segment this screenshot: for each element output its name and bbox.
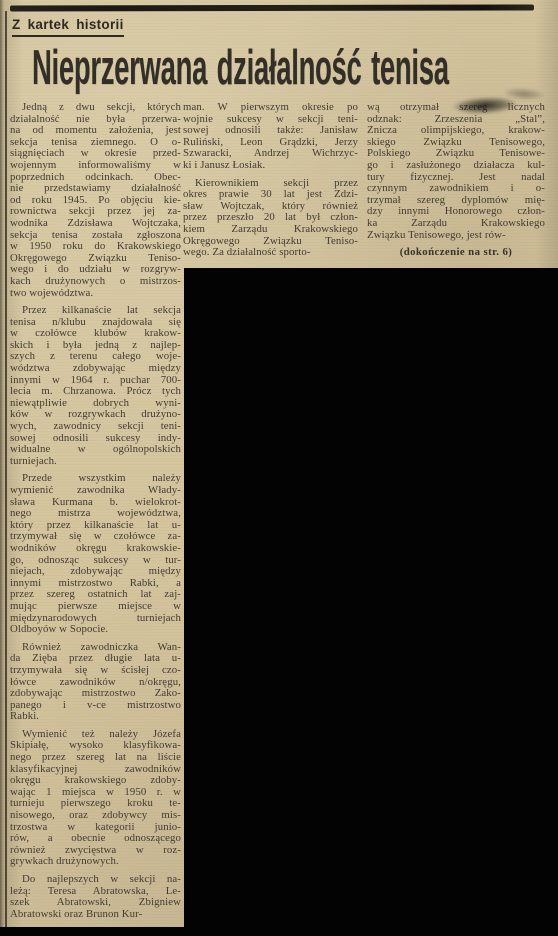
text-line: w 1950 roku do Krakowskiego: [10, 241, 181, 253]
text-line: Wymienić też należy Józefa: [10, 729, 181, 741]
text-line: go, odnosząc sukcesy w tur-: [10, 555, 181, 567]
text-line: Okręgowego Związku Teniso-: [10, 253, 181, 265]
section-kicker: Z kartek historii: [12, 17, 124, 37]
text-line: odznak: Zrzeszenia „Stal”,: [367, 114, 545, 126]
left-column-rule: [5, 11, 7, 928]
text-line: nisowego, oraz zdobywcy mis-: [10, 810, 181, 822]
text-line: Przez kilkanaście lat sekcja: [10, 305, 181, 317]
text-line: innymi w 1964 r. puchar 700-: [10, 375, 181, 387]
text-line: innymi mistrzostwo Rabki, a: [10, 578, 181, 590]
text-line: Kierownikiem sekcji przez: [183, 178, 358, 190]
text-line: trzymywał się w czołówce za-: [10, 531, 181, 543]
text-line: sław Wojtczak, który również: [183, 201, 358, 213]
text-line: który przez kilkanaście lat u-: [10, 520, 181, 532]
text-line: trzymywała się w ścisłej czo-: [10, 665, 181, 677]
text-line: nie przedstawiamy działalność: [10, 183, 181, 195]
text-line: ka Zarządu Krakowskiego: [367, 218, 545, 230]
text-line: ki i Janusz Łosiak.: [183, 160, 358, 172]
text-line: okres prawie 30 lat jest Zdzi-: [183, 189, 358, 201]
text-line: turniejach.: [10, 456, 181, 468]
text-line: przez szereg ostatnich lat zaj-: [10, 589, 181, 601]
text-line: poprzednich odcinkach. Obec-: [10, 172, 181, 184]
left-edge-shadow: [0, 0, 4, 936]
text-line: mując pierwsze miejsce w: [10, 601, 181, 613]
text-line: Rabki.: [10, 711, 181, 723]
text-line: sowej odnosili sukcesy indy-: [10, 433, 181, 445]
text-line: rownictwa sekcji przez jej za-: [10, 206, 181, 218]
article-headline: Nieprzerwana działalność tenisa: [32, 44, 449, 93]
text-line: łówce zawodników n/okręgu,: [10, 677, 181, 689]
text-line: Związku Tenisowego, jest rów-: [367, 230, 545, 242]
text-line: Znicza olimpijskiego, krakow-: [367, 125, 545, 137]
text-line: sowej odnosili także: Janisław: [183, 125, 358, 137]
text-line: ków w rozgrywkach drużyno-: [10, 409, 181, 421]
paragraph: Kierownikiem sekcji przezokres prawie 30…: [183, 178, 358, 259]
paragraph: Przede wszystkim należywymienić zawodnik…: [10, 473, 181, 635]
text-line: wojennym informowaliśmy w: [10, 160, 181, 172]
text-line: Ruliński, Leon Grądzki, Jerzy: [183, 137, 358, 149]
text-line: skiego Związku Tenisowego,: [367, 137, 545, 149]
text-line: nego mistrza województwa,: [10, 508, 181, 520]
text-line: wając 1 miejsca w 1950 r. w: [10, 787, 181, 799]
text-line: wodnika Zdzisława Wojtczaka,: [10, 218, 181, 230]
paragraph: Wymienić też należy JózefaSkipiałę, wyso…: [10, 729, 181, 868]
top-rule: [10, 4, 534, 11]
text-line: Do najlepszych w sekcji na-: [10, 874, 181, 886]
blackout-bottom-strip: [0, 927, 558, 936]
newspaper-clipping: Z kartek historii Nieprzerwana działalno…: [0, 0, 558, 936]
text-line: dzy innymi Honorowego człon-: [367, 206, 545, 218]
text-line: Jedną z dwu sekcji, których: [10, 102, 181, 114]
paragraph: man. W pierwszym okresie powojnie sukces…: [183, 102, 358, 172]
text-line: grywkach drużynowych.: [10, 856, 181, 868]
text-line: międzynarodowych turniejach: [10, 613, 181, 625]
text-line: kach drużynowych o mistrzos-: [10, 276, 181, 288]
text-line: od roku 1945. Po objęciu kie-: [10, 195, 181, 207]
text-line: Skipiałę, wysoko klasyfikowa-: [10, 740, 181, 752]
text-line: wództwa zdobywając między: [10, 363, 181, 375]
text-line: tury fizycznej. Jest nadal: [367, 172, 545, 184]
paragraph: (dokończenie na str. 6): [367, 247, 545, 259]
text-line: da Zięba przez długie lata u-: [10, 653, 181, 665]
text-line: leżą: Teresa Abratowska, Le-: [10, 886, 181, 898]
text-line: niewątpliwie dobrych wyni-: [10, 398, 181, 410]
text-line: Okręgowego Związku Teniso-: [183, 236, 358, 248]
text-line: man. W pierwszym okresie po: [183, 102, 358, 114]
text-line: two województwa.: [10, 288, 181, 300]
text-line: trzymał szereg dyplomów mię-: [367, 195, 545, 207]
text-line: wego i do udziału w rozgryw-: [10, 264, 181, 276]
text-line: (dokończenie na str. 6): [367, 247, 545, 259]
text-line: zdobywając mistrzostwo Zako-: [10, 688, 181, 700]
text-line: wojnie sukcesy w sekcji teni-: [183, 114, 358, 126]
text-line: szek Abratowski, Zbigniew: [10, 897, 181, 909]
text-line: Oldboyów w Sopocie.: [10, 624, 181, 636]
text-line: działalność nie była przerwa-: [10, 114, 181, 126]
text-line: trzostwa w kategorii junio-: [10, 822, 181, 834]
text-line: wodników okręgu krakowskie-: [10, 543, 181, 555]
text-line: klasyfikacyjnej zawodników: [10, 764, 181, 776]
text-line: nego przez szereg lat na liście: [10, 752, 181, 764]
text-line: niejach, zdobywając między: [10, 566, 181, 578]
text-line: kiem Zarządu Krakowskiego: [183, 224, 358, 236]
paragraph: Przez kilkanaście lat sekcjatenisa n/klu…: [10, 305, 181, 467]
text-line: wych, zawodnicy sekcji teni-: [10, 421, 181, 433]
text-line: siągnięciach w okresie przed-: [10, 148, 181, 160]
text-line: tenisa n/klubu znajdowała się: [10, 317, 181, 329]
text-line: widualne w ogólnopolskich: [10, 444, 181, 456]
text-line: wymienić zawodnika Włady-: [10, 485, 181, 497]
text-line: wego. Za działalność sporto-: [183, 247, 358, 259]
text-line: szych z terenu całego woje-: [10, 351, 181, 363]
text-line: czynnym zawodnikiem i o-: [367, 183, 545, 195]
text-line: sekcja tenisa ziemnego. O o-: [10, 137, 181, 149]
article-column-middle: man. W pierwszym okresie powojnie sukces…: [183, 102, 358, 259]
article-column-left: Jedną z dwu sekcji, którychdziałalność n…: [10, 102, 181, 920]
paragraph: Do najlepszych w sekcji na-leżą: Teresa …: [10, 874, 181, 920]
text-line: przez przeszło 20 lat był człon-: [183, 212, 358, 224]
text-line: na od momentu założenia, jest: [10, 125, 181, 137]
text-line: Przede wszystkim należy: [10, 473, 181, 485]
text-line: rów, a obecnie odnoszącego: [10, 833, 181, 845]
text-line: okręgu krakowskiego zdoby-: [10, 775, 181, 787]
text-line: w czołówce klubów krakow-: [10, 328, 181, 340]
paragraph: wą otrzymał szereg licznychodznak: Zrzes…: [367, 102, 545, 241]
text-line: sława Kurmana b. wielokrot-: [10, 497, 181, 509]
blackout-region: [184, 268, 558, 936]
text-line: skich i była jedną z najlep-: [10, 340, 181, 352]
text-line: Polskiego Związku Tenisowe-: [367, 148, 545, 160]
text-line: go i zasłużonego działacza kul-: [367, 160, 545, 172]
text-line: Abratowski oraz Brunon Kur-: [10, 909, 181, 921]
paragraph: Również zawodniczka Wan-da Zięba przez d…: [10, 642, 181, 723]
text-line: turnieju pierwszego kroku te-: [10, 798, 181, 810]
paragraph: Jedną z dwu sekcji, którychdziałalność n…: [10, 102, 181, 299]
article-column-right: wą otrzymał szereg licznychodznak: Zrzes…: [367, 102, 545, 259]
text-line: sekcja tenisa została zgłoszona: [10, 230, 181, 242]
text-line: lecia m. Chrzanowa. Prócz tych: [10, 386, 181, 398]
text-line: Szwaracki, Andrzej Wichrzyc-: [183, 148, 358, 160]
text-line: panego i v-ce mistrzostwo: [10, 700, 181, 712]
text-line: również zwycięstwa w roz-: [10, 845, 181, 857]
text-line: Również zawodniczka Wan-: [10, 642, 181, 654]
